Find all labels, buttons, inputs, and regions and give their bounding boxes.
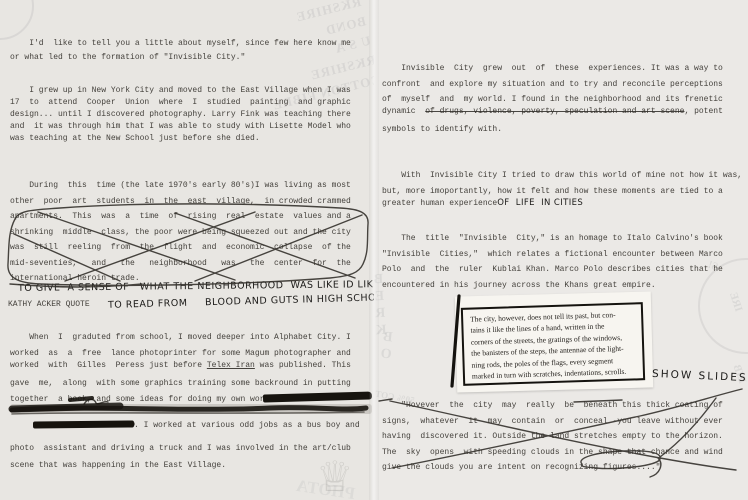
scan-corner-ring-artifact: [0, 0, 34, 40]
text-line: "Hovever the city may really be beneath …: [382, 398, 723, 414]
text-line: give the clouds you are intent on recogn…: [382, 460, 723, 476]
typed-paragraph-however-crossed: "Hovever the city may really be beneath …: [382, 398, 723, 476]
text-line: symbols to identify with.: [382, 122, 502, 138]
typed-paragraph-grew-out: Invisible City grew out of these experie…: [382, 61, 723, 108]
text-line: having discovered it. Outside the land s…: [382, 429, 723, 445]
text-line: When I graduted from school, I moved dee…: [10, 330, 351, 346]
typed-paragraph-graduated: When I graduted from school, I moved dee…: [10, 330, 351, 361]
typed-paragraph-tried-to-draw: With Invisible City I tried to draw this…: [382, 168, 742, 199]
typed-text: greater human experience: [382, 199, 497, 208]
typed-paragraph-oddjobs: photo assistant and driving a truck and …: [10, 440, 351, 474]
text-line: The title "Invisible City," is an homage…: [382, 231, 723, 247]
calvino-quote-clipping: The city, however, does not tell its pas…: [470, 308, 644, 382]
text-line: With Invisible City I tried to draw this…: [382, 168, 742, 184]
text-line: but, more imoportantly, how it felt and …: [382, 184, 742, 200]
typed-paragraph-graduated-cont: gave me, along with some graphics traini…: [10, 376, 351, 407]
typed-line-after-redaction: . I worked at various odd jobs as a bus …: [10, 421, 360, 430]
text-line: During this time (the late 1970's early …: [10, 178, 351, 194]
redacted-line-smear: [10, 404, 372, 414]
typed-paragraph-during: During this time (the late 1970's early …: [10, 178, 351, 287]
text-line: was teaching at the New School just befo…: [10, 133, 351, 145]
text-line: signs, whatever it may contain or concea…: [382, 414, 723, 430]
typed-paragraph-intro: I'd like to tell you a little about myse…: [10, 37, 351, 65]
typed-text: was published. This: [255, 361, 351, 370]
text-line: confront and explore my situation and to…: [382, 77, 723, 93]
text-line: photo assistant and driving a truck and …: [10, 440, 351, 457]
typed-line-struck-dynamic: dynamic of drugs, violence, poverty, spe…: [382, 107, 723, 116]
text-line: was still reeling from the flight and ec…: [10, 240, 351, 256]
text-line: mid-seventies, and the neighborhood was …: [10, 256, 351, 272]
typed-paragraph-grewup: I grew up in New York City and moved to …: [10, 85, 351, 145]
text-line: 17 to attend Cooper Union where I studie…: [10, 97, 351, 109]
page-seam: [369, 0, 379, 500]
text-line: Invisible City grew out of these experie…: [382, 61, 723, 77]
ink-blob-redaction: [33, 420, 134, 428]
text-line: of myself and my world. I found in the n…: [382, 92, 723, 108]
typed-line-symbols: symbols to identify with.: [382, 122, 502, 138]
text-line: other poor art students in the east vill…: [10, 194, 351, 210]
text-line: worked as a free lance photoprinter for …: [10, 346, 351, 362]
handwritten-note-blood-guts: TO READ FROM BLOOD AND GUTS IN HIGH SCHO…: [108, 292, 390, 311]
text-line: scene that was happening in the East Vil…: [10, 457, 351, 474]
typed-text: dynamic: [382, 107, 425, 116]
text-line: or what led to the formation of "Invisib…: [10, 51, 351, 65]
redaction-bar-end-of-line: [263, 391, 372, 402]
page-right: BERK BO 50% COT S! IRE EIB Invisible Cit…: [374, 0, 748, 500]
text-line: The sky opens with speeding clouds in th…: [382, 445, 723, 461]
struck-out-text: of drugs, violence, poverty, speculation…: [425, 107, 684, 116]
text-line: "Invisible Cities," which relates a fict…: [382, 247, 723, 263]
text-line: Polo and the ruler Kublai Khan. Marco Po…: [382, 262, 723, 278]
text-line: design... until I discovered photography…: [10, 109, 351, 121]
typed-line-telex: worked with Gilles Peress just before Te…: [10, 361, 351, 370]
typed-line-experience: greater human experienceOF LIFE IN CITIE…: [382, 198, 583, 208]
typed-paragraph-calvino: The title "Invisible City," is an homage…: [382, 231, 723, 293]
kathy-acker-label: KATHY ACKER QUOTE: [8, 300, 90, 309]
typed-text: worked with Gilles Peress just before: [10, 361, 207, 370]
handwritten-life-in-cities: OF LIFE IN CITIES: [497, 198, 583, 208]
text-line: and it was through him that I was able t…: [10, 121, 351, 133]
text-line: gave me, along with some graphics traini…: [10, 376, 351, 392]
typed-text: , potent: [684, 107, 722, 116]
underlined-book-title: Telex Iran: [207, 361, 255, 370]
text-line: I'd like to tell you a little about myse…: [10, 37, 351, 51]
text-line: shrinking middle class, the poor were be…: [10, 225, 351, 241]
text-line: encountered in his journey across the Kh…: [382, 278, 723, 294]
text-line: apartments. This was a time of rising re…: [10, 209, 351, 225]
typed-text: . I worked at various odd jobs as a bus …: [134, 421, 360, 430]
page-left: RKSHIREBONDU S ARKSHIRECOTTON FIBRE ♕ PH…: [0, 0, 374, 500]
text-line: I grew up in New York City and moved to …: [10, 85, 351, 97]
